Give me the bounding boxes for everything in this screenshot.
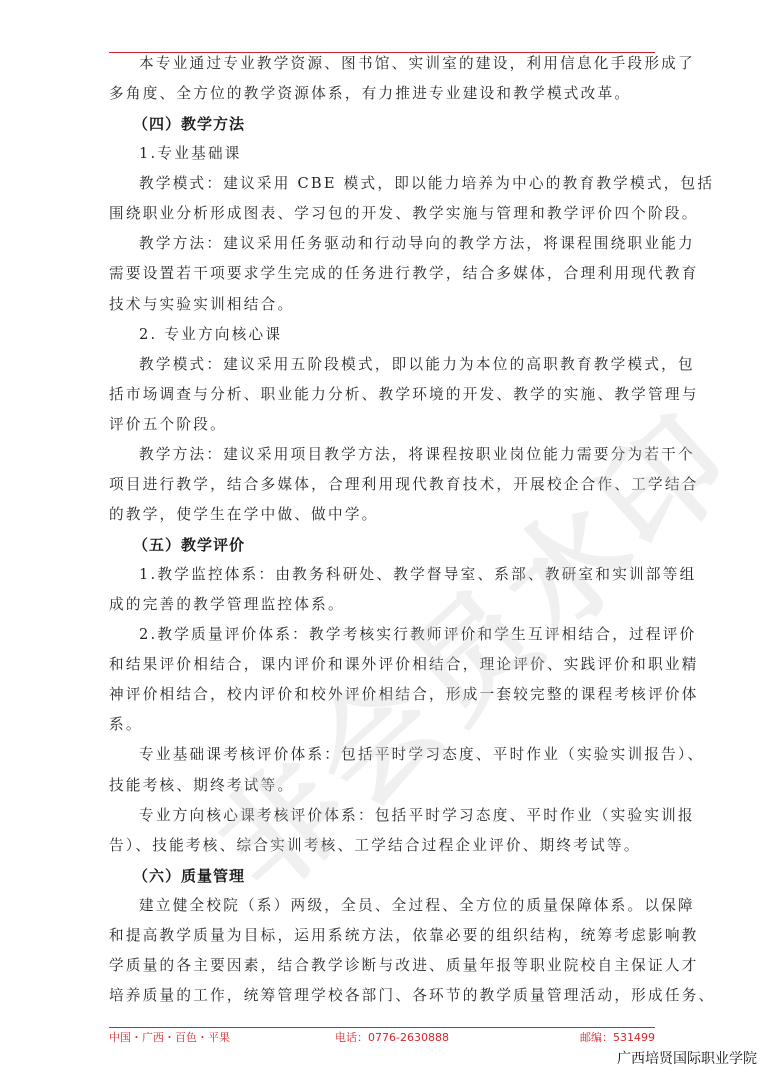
text-line: 教学模式：建议采用 CBE 模式，即以能力培养为中心的教育教学模式，包括 <box>109 169 655 199</box>
text-line: 评价五个阶段。 <box>109 410 655 440</box>
text-line: 和结果评价相结合，课内评价和课外评价相结合，理论评价、实践评价和职业精 <box>109 650 655 680</box>
text-line: 培养质量的工作，统筹管理学校各部门、各环节的教学质量管理活动，形成任务、 <box>109 981 655 1011</box>
footer-phone: 电话：0776-2630888 <box>335 1030 449 1046</box>
text-line: 建立健全校院（系）两级，全员、全过程、全方位的质量保障体系。以保障 <box>109 891 655 921</box>
text-line: 专业方向核心课考核评价体系：包括平时学习态度、平时作业（实验实训报 <box>109 801 655 831</box>
text-line: 的教学，使学生在学中做、做中学。 <box>109 500 655 530</box>
text-line: 2.教学质量评价体系：教学考核实行教师评价和学生互评相结合，过程评价 <box>109 620 655 650</box>
institution-name: 广西培贤国际职业学院 <box>617 1049 757 1069</box>
text-line: 项目进行教学，结合多媒体，合理利用现代教育技术，开展校企合作、工学结合 <box>109 470 655 500</box>
footer-rule <box>109 1027 655 1028</box>
section-heading: （四）教学方法 <box>109 109 655 139</box>
text-line: 2. 专业方向核心课 <box>109 320 655 350</box>
footer-location: 中国・广西・百色・平果 <box>109 1030 230 1046</box>
text-line: 教学模式：建议采用五阶段模式，即以能力为本位的高职教育教学模式，包 <box>109 350 655 380</box>
text-line: 专业基础课考核评价体系：包括平时学习态度、平时作业（实验实训报告）、 <box>109 740 655 770</box>
text-line: 1.教学监控体系：由教务科研处、教学督导室、系部、教研室和实训部等组 <box>109 560 655 590</box>
text-line: 神评价相结合，校内评价和校外评价相结合，形成一套较完整的课程考核评价体 <box>109 680 655 710</box>
section-heading: （五）教学评价 <box>109 530 655 560</box>
text-line: 告）、技能考核、综合实训考核、工学结合过程企业评价、期终考试等。 <box>109 831 655 861</box>
text-line: 和提高教学质量为目标，运用系统方法，依靠必要的组织结构，统筹考虑影响教 <box>109 921 655 951</box>
text-line: 本专业通过专业教学资源、图书馆、实训室的建设，利用信息化手段形成了 <box>109 49 655 79</box>
text-line: 围绕职业分析形成图表、学习包的开发、教学实施与管理和教学评价四个阶段。 <box>109 199 655 229</box>
text-line: 需要设置若干项要求学生完成的任务进行教学，结合多媒体，合理利用现代教育 <box>109 259 655 289</box>
text-line: 学质量的各主要因素，结合教学诊断与改进、质量年报等职业院校自主保证人才 <box>109 951 655 981</box>
document-page: 本专业通过专业教学资源、图书馆、实训室的建设，利用信息化手段形成了多角度、全方位… <box>0 0 763 1080</box>
text-line: 括市场调查与分析、职业能力分析、教学环境的开发、教学的实施、教学管理与 <box>109 380 655 410</box>
text-line: 教学方法：建议采用任务驱动和行动导向的教学方法，将课程围绕职业能力 <box>109 229 655 259</box>
text-line: 技术与实验实训相结合。 <box>109 290 655 320</box>
text-line: 系。 <box>109 710 655 740</box>
text-line: 技能考核、期终考试等。 <box>109 771 655 801</box>
section-heading: （六）质量管理 <box>109 861 655 891</box>
text-line: 1.专业基础课 <box>109 139 655 169</box>
footer-postcode: 邮编：531499 <box>580 1030 655 1046</box>
text-line: 成的完善的教学管理监控体系。 <box>109 590 655 620</box>
document-body: 本专业通过专业教学资源、图书馆、实训室的建设，利用信息化手段形成了多角度、全方位… <box>109 49 655 1011</box>
text-line: 教学方法：建议采用项目教学方法，将课程按职业岗位能力需要分为若干个 <box>109 440 655 470</box>
text-line: 多角度、全方位的教学资源体系，有力推进专业建设和教学模式改革。 <box>109 79 655 109</box>
